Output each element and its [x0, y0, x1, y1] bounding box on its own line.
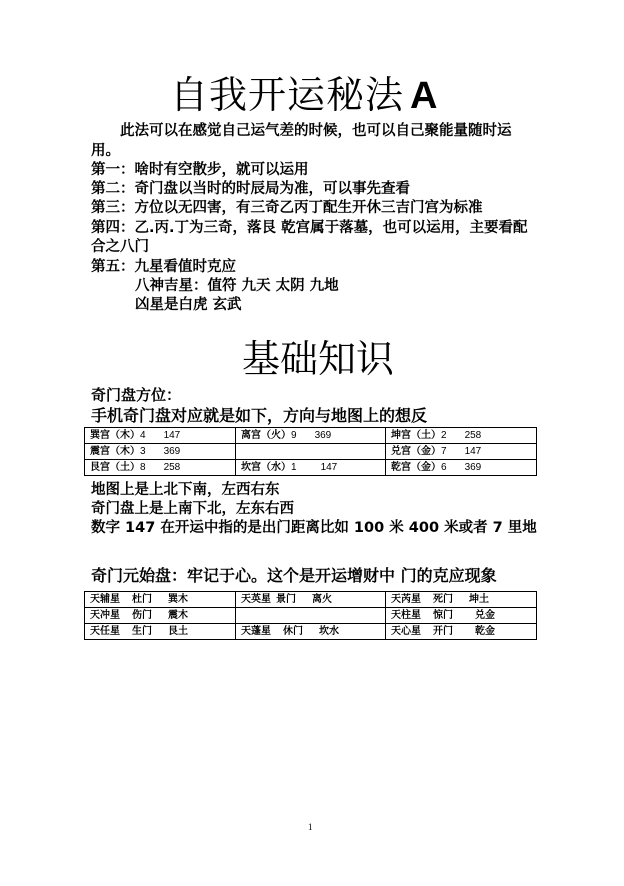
table-row: 天辅星杜门巽木 天英星景门离火 天芮星死门坤土: [85, 592, 537, 608]
table-cell: 天心星开门乾金: [386, 624, 537, 640]
rule-4-continued: 合之八门: [91, 238, 149, 257]
document-page: 自我开运秘法A 此法可以在感觉自己运气差的时候，也可以自己聚能量随时运 用。 第…: [0, 0, 624, 886]
document-title: 自我开运秘法A: [170, 70, 438, 121]
rule-4: 第四：乙.丙.丁为三奇，落艮 乾宫属于落墓，也可以运用，主要看配: [91, 219, 528, 238]
table-cell-empty: [236, 444, 386, 460]
table-row: 巽宫（木）4147 离宫（火）9369 坤宫（土）2258: [85, 428, 537, 444]
intro-paragraph-line-1: 此法可以在感觉自己运气差的时候，也可以自己聚能量随时运: [120, 122, 512, 141]
table-cell: 离宫（火）9369: [236, 428, 386, 444]
table-cell: 天蓬星休门坎水: [236, 624, 386, 640]
table-cell: 天辅星杜门巽木: [85, 592, 236, 608]
table-cell: 天任星生门艮土: [85, 624, 236, 640]
table-row: 艮宫（土）8258 坎宫（水）1147 乾宫（金）6369: [85, 460, 537, 476]
rule-3: 第三：方位以无四害，有三奇乙丙丁配生开休三吉门宫为标准: [91, 199, 483, 218]
table-cell: 乾宫（金）6369: [386, 460, 537, 476]
table-cell: 天芮星死门坤土: [386, 592, 537, 608]
rule-1: 第一：啥时有空散步，就可以运用: [91, 161, 309, 180]
table-cell: 坤宫（土）2258: [386, 428, 537, 444]
table-cell: 天冲星伤门震木: [85, 608, 236, 624]
page-number: 1: [308, 822, 313, 832]
table-row: 天冲星伤门震木 天柱星惊门兑金: [85, 608, 537, 624]
origin-chart-title: 奇门元始盘：牢记于心。这个是开运增财中 门的克应现象: [91, 566, 497, 586]
note-map-direction: 地图上是上北下南，左西右东: [91, 481, 280, 500]
table-cell: 坎宫（水）1147: [236, 460, 386, 476]
table-cell: 天柱星惊门兑金: [386, 608, 537, 624]
table-cell: 天英星景门离火: [236, 592, 386, 608]
table-cell-empty: [236, 608, 386, 624]
rule-5-auspicious-gods: 八神吉星：值符 九天 太阴 九地: [135, 277, 339, 296]
intro-paragraph-line-2: 用。: [91, 142, 120, 161]
table-cell: 兑宫（金）7147: [386, 444, 537, 460]
table-cell: 震宫（木）3369: [85, 444, 236, 460]
palace-direction-table: 巽宫（木）4147 离宫（火）9369 坤宫（土）2258 震宫（木）3369 …: [84, 427, 537, 476]
origin-chart-table: 天辅星杜门巽木 天英星景门离火 天芮星死门坤土 天冲星伤门震木 天柱星惊门兑金 …: [84, 591, 537, 640]
rule-2: 第二：奇门盘以当时的时辰局为准，可以事先查看: [91, 180, 410, 199]
note-qimen-direction: 奇门盘上是上南下北，左东右西: [91, 500, 294, 519]
table-row: 震宫（木）3369 兑宫（金）7147: [85, 444, 537, 460]
section-title: 基础知识: [242, 334, 394, 384]
section-description: 手机奇门盘对应就是如下，方向与地图上的想反: [91, 406, 427, 426]
title-text: 自我开运秘法: [170, 73, 404, 117]
rule-5-inauspicious-stars: 凶星是白虎 玄武: [135, 296, 242, 315]
rule-5: 第五：九星看值时克应: [91, 258, 236, 277]
section-label: 奇门盘方位：: [91, 385, 181, 405]
table-cell: 巽宫（木）4147: [85, 428, 236, 444]
table-row: 天任星生门艮土 天蓬星休门坎水 天心星开门乾金: [85, 624, 537, 640]
note-distance: 数字 147 在开运中指的是出门距离比如 100 米 400 米或者 7 里地: [91, 519, 537, 538]
table-cell: 艮宫（土）8258: [85, 460, 236, 476]
title-suffix: A: [410, 75, 438, 117]
